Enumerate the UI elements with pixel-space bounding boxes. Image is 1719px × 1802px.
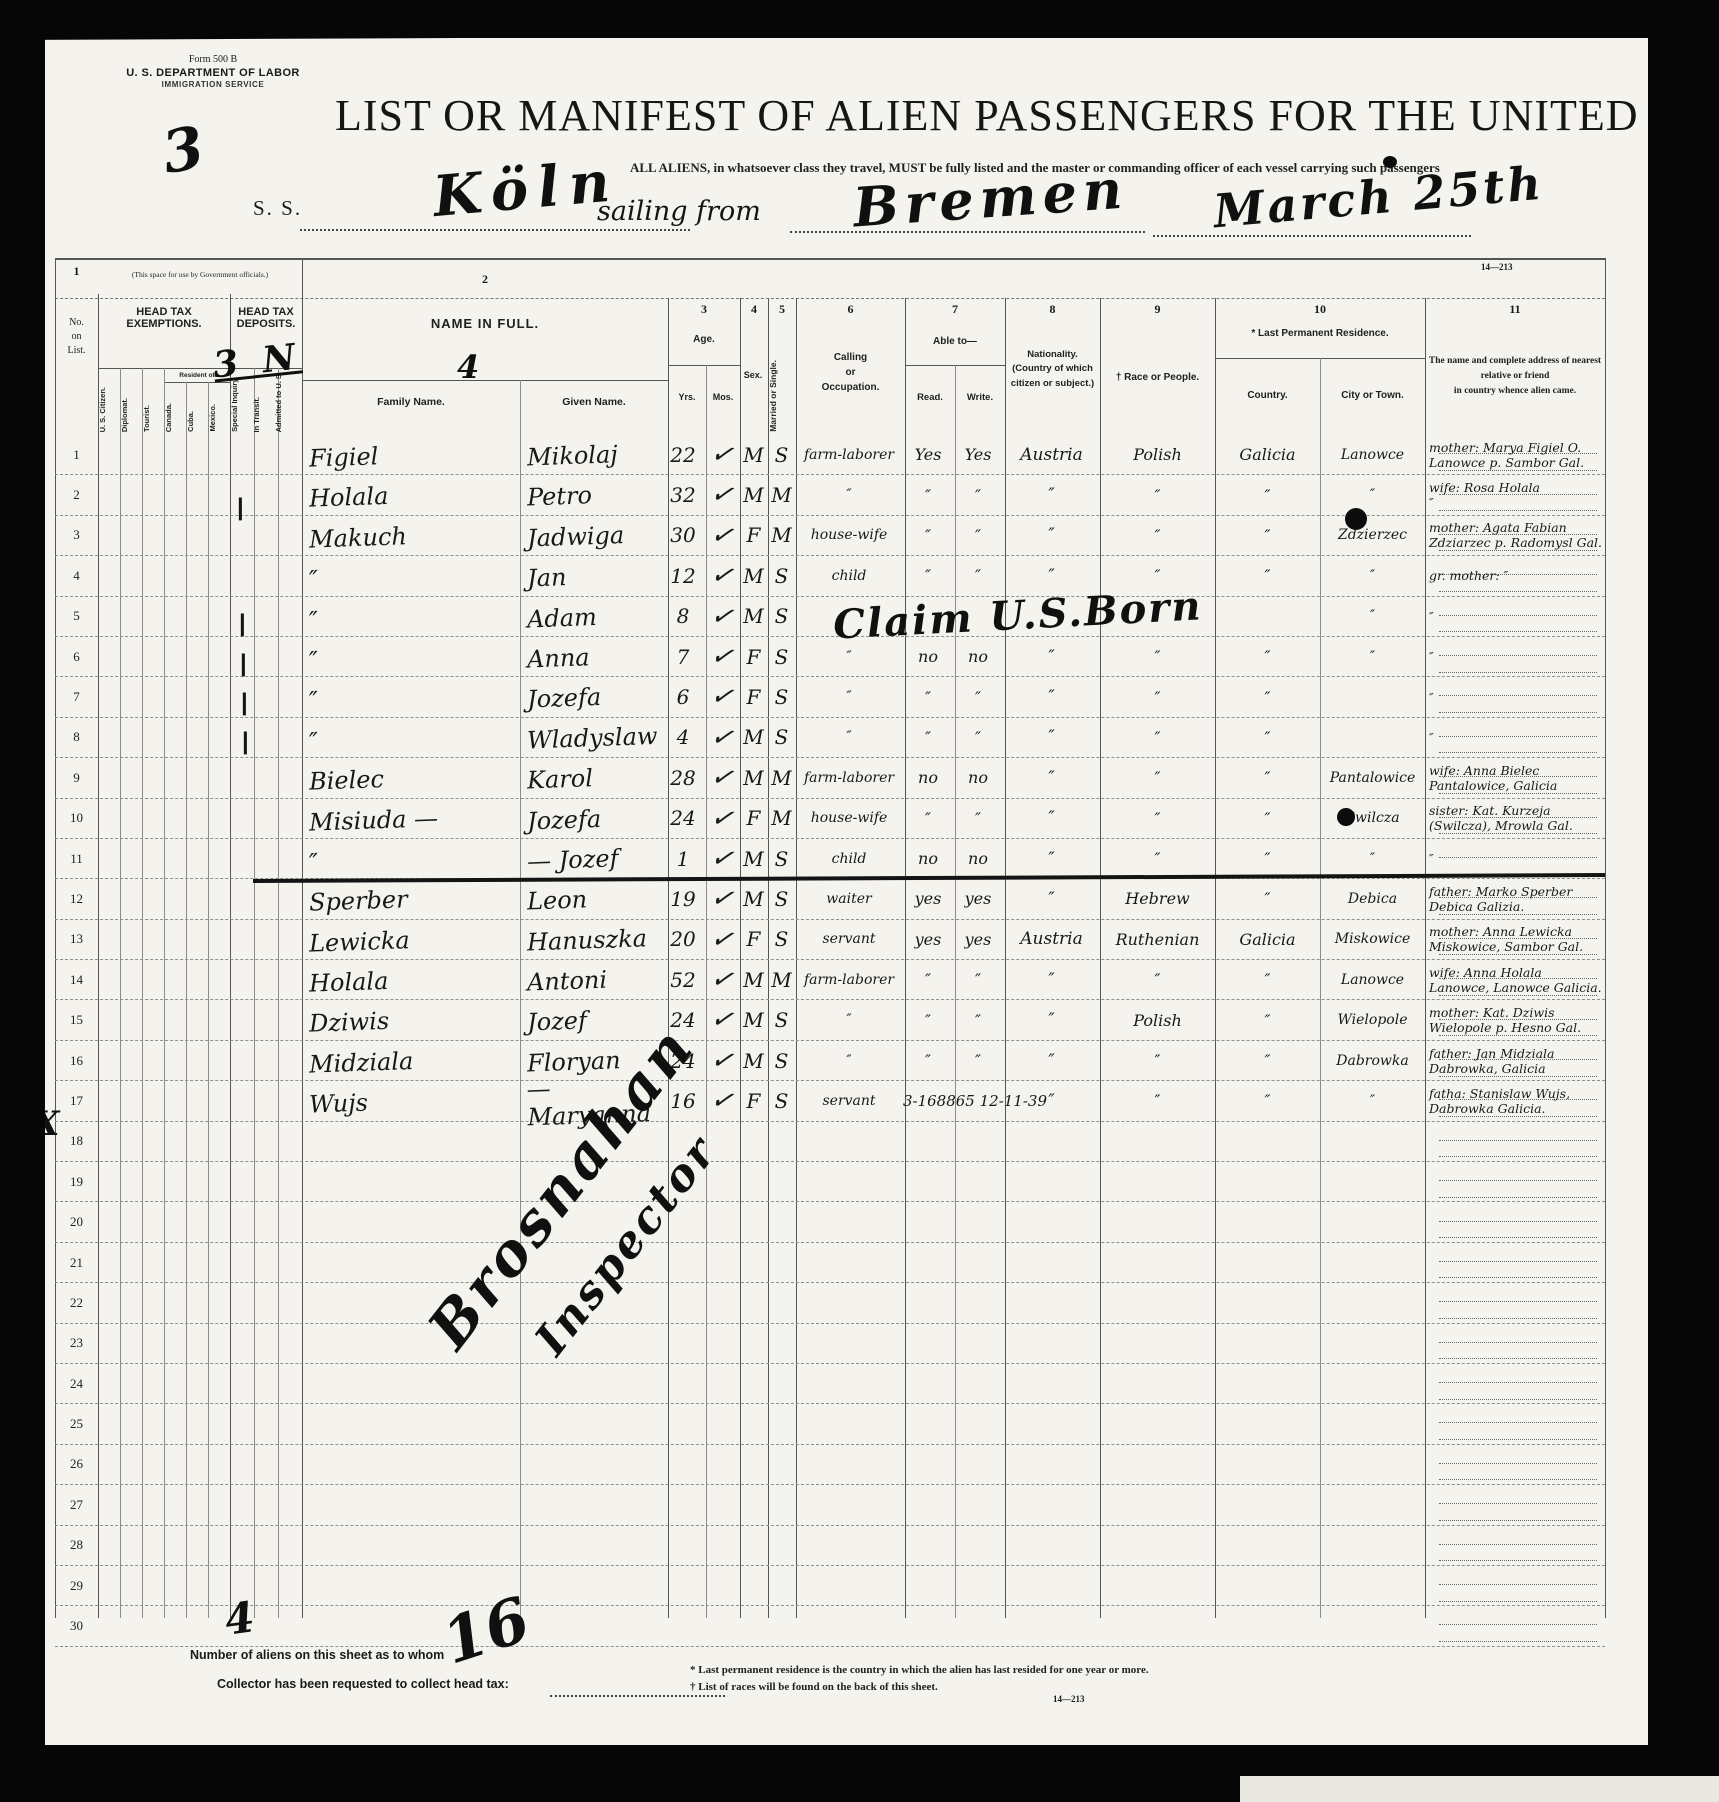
marital-status [767,1404,796,1443]
race-value [1100,1122,1215,1161]
residence-country [1215,1566,1320,1605]
residence-country: ″ [1215,799,1320,838]
check-mark: ✓ [700,917,744,962]
head-tax-deposits-label: HEAD TAX DEPOSITS. [230,306,302,330]
nearest-relative: mother: Marya Figiel O. Lanowce p. Sambo… [1429,435,1603,474]
tally-tick: | [237,494,244,522]
sex-value: F [739,516,768,555]
column-rule [1605,258,1606,1618]
check-mark: ✓ [700,755,744,800]
table-top-rule [55,258,1605,260]
nationality-value: ″ [1003,758,1100,797]
ship-name-line [300,228,690,231]
nationality-value [1003,1122,1100,1161]
residence-city [1320,1162,1425,1201]
residence-country: ″ [1215,718,1320,757]
family-name [308,1158,517,1205]
deposit-subcolumn-label: Admitted to U. S. [274,372,296,432]
sex-value: M [739,435,768,474]
family-name: Wujs [308,1078,517,1125]
given-name: Jozefa [526,675,667,719]
manifest-row: 22 [55,1283,1605,1323]
ss-label: S. S. [253,196,302,221]
given-name: Jadwiga [526,513,667,557]
nearest-relative [1429,1283,1603,1322]
residence-city [1320,1243,1425,1282]
column-number-3: 3 [668,302,740,317]
family-name-label: Family Name. [302,396,520,408]
check-mark: ✓ [700,876,744,921]
manifest-row: 14 Holala Antoni 52 ✓ M M farm-laborer ″… [55,960,1605,1000]
column-number-1: 1 [55,264,98,279]
marital-status [767,1445,796,1484]
family-name: Misiuda — [308,795,517,842]
row-number: 21 [55,1243,98,1282]
marital-status: S [767,839,796,878]
family-name: Midziala [308,1037,517,1084]
column-number-2: 2 [302,272,668,287]
residence-country: ″ [1215,1000,1320,1039]
sex-value: M [739,475,768,514]
nearest-relative: father: Marko Sperber Debica Galizia. [1429,879,1603,918]
sex-value: F [739,637,768,676]
given-name-label: Given Name. [520,396,668,408]
nearest-relative: ″ [1429,637,1603,676]
residence-city [1320,1606,1425,1645]
residence-city [1320,1364,1425,1403]
given-name [526,1483,667,1527]
manifest-row: 26 [55,1445,1605,1485]
residence-country [1215,1122,1320,1161]
marital-status: S [767,637,796,676]
residence-city: ″ [1320,556,1425,595]
sex-value: M [739,1000,768,1039]
row-number: 30 [55,1606,98,1645]
handwritten-ship-name: Köln [430,148,622,230]
row-number: 27 [55,1485,98,1524]
family-name [308,1522,517,1569]
age-years: 7 [661,637,705,676]
column-number-9: 9 [1100,302,1215,317]
marital-status [767,1566,796,1605]
manifest-row: 3 Makuch Jadwiga 30 ✓ F M house-wife ″ ″… [55,516,1605,556]
check-mark [700,1563,744,1608]
race-value: ″ [1100,799,1215,838]
footer-dotted-line [550,1694,725,1697]
nationality-value: ″ [1003,677,1100,716]
age-years [661,1283,705,1322]
service-name: IMMIGRATION SERVICE [113,80,313,90]
row-number: 4 [55,556,98,595]
age-years [661,1324,705,1363]
race-value [1100,1324,1215,1363]
residence-country [1215,1606,1320,1645]
residence-city: Pantalowice [1320,758,1425,797]
check-mark: ✓ [700,1038,744,1083]
nearest-relative: wife: Anna Holala Lanowce, Lanowce Galic… [1429,960,1603,999]
nationality-value [1003,1526,1100,1565]
manifest-row: 27 [55,1485,1605,1525]
race-value [1100,1404,1215,1443]
manifest-row: 10 Misiuda — Jozefa 24 ✓ F M house-wife … [55,799,1605,839]
residence-country [1215,1202,1320,1241]
sex-value: M [739,718,768,757]
nationality-value: ″ [1003,1081,1100,1120]
manifest-row: 12 Sperber Leon 19 ✓ M S waiter yes yes … [55,879,1605,919]
paper: Form 500 B U. S. DEPARTMENT OF LABOR IMM… [45,38,1650,1745]
age-years: 22 [661,435,705,474]
race-value [1100,1606,1215,1645]
age-years: 24 [661,799,705,838]
race-value [1100,1243,1215,1282]
nationality-value: ″ [1003,799,1100,838]
age-years: 12 [661,556,705,595]
nearest-relative [1429,1606,1603,1645]
race-label: † Race or People. [1100,372,1215,383]
given-name: Anna [526,635,667,679]
marital-status: M [767,960,796,999]
residence-city [1320,1445,1425,1484]
manifest-row: 2 Holala Petro 32 ✓ M M ″ ″ ″ ″ ″ ″ [55,475,1605,515]
row-number: 17 [55,1081,98,1120]
sex-value [739,1283,768,1322]
check-mark: ✓ [700,715,744,760]
race-value [1100,1485,1215,1524]
race-value: ″ [1100,1041,1215,1080]
residence-city [1320,1324,1425,1363]
residence-city [1320,1404,1425,1443]
marital-status: S [767,597,796,636]
header-rule [302,380,668,381]
row-number: 20 [55,1202,98,1241]
race-value: ″ [1100,1081,1215,1120]
row-number: 12 [55,879,98,918]
check-mark: ✓ [700,432,744,477]
manifest-row: 21 [55,1243,1605,1283]
city-or-town-label: City or Town. [1320,390,1425,401]
ink-blot [1383,156,1397,168]
marital-status [767,1485,796,1524]
manifest-table: 1 (This space for use by Government offi… [55,258,1605,1630]
marital-status [767,1202,796,1241]
manifest-row: 7 ″ Jozefa 6 ✓ F S ″ ″ ″ ″ ″ ″ [55,677,1605,717]
row-number: 29 [55,1566,98,1605]
family-name: Figiel [308,431,517,478]
residence-city [1320,1566,1425,1605]
given-name [526,1604,667,1648]
exemption-subcolumn-label: Cuba. [186,411,208,432]
sex-value: M [739,597,768,636]
race-value [1100,1202,1215,1241]
row-number: 28 [55,1526,98,1565]
row-number: 10 [55,799,98,838]
marital-status [767,1606,796,1645]
manifest-row: 13 Lewicka Hanuszka 20 ✓ F S servant yes… [55,920,1605,960]
nearest-relative: mother: Anna Lewicka Miskowice, Sambor G… [1429,920,1603,959]
race-value: Polish [1100,1000,1215,1039]
nearest-relative: ″ [1429,677,1603,716]
nationality-value: ″ [1003,1041,1100,1080]
check-mark: ✓ [700,1078,744,1123]
residence-city: Dabrowka [1320,1041,1425,1080]
family-name: Holala [308,472,517,519]
column-number-11: 11 [1425,302,1605,317]
residence-city [1320,1283,1425,1322]
residence-city [1320,718,1425,757]
family-name: ″ [308,714,517,761]
exemption-subcolumns: U. S. Citizen.Diplomat.Tourist.Canada.Cu… [98,370,230,432]
nearest-relative: ″ [1429,718,1603,757]
handwritten-page-number: 3 [157,113,209,187]
family-name [308,1118,517,1165]
check-mark: ✓ [700,796,744,841]
residence-city [1320,1485,1425,1524]
footnote-races: † List of races will be found on the bac… [690,1681,938,1693]
residence-city: ″ [1320,637,1425,676]
residence-country: ″ [1215,1041,1320,1080]
no-on-list-label: No. on List. [55,316,98,358]
manifest-row: 29 [55,1566,1605,1606]
column-number-5: 5 [768,302,796,317]
family-name: ″ [308,553,517,600]
footnote-residence: * Last permanent residence is the countr… [690,1664,1160,1676]
family-name: Holala [308,956,517,1003]
marital-status: M [767,475,796,514]
row-number: 23 [55,1324,98,1363]
sailing-from-label: sailing from [597,196,761,227]
nationality-value [1003,1364,1100,1403]
sex-value [739,1364,768,1403]
sex-value [739,1566,768,1605]
nearest-relative [1429,1404,1603,1443]
row-number: 1 [55,435,98,474]
residence-city: ″ [1320,1081,1425,1120]
age-years: 8 [661,597,705,636]
row-number: 14 [55,960,98,999]
nearest-relative: sister: Kat. Kurzeja (Swilcza), Mrowla G… [1429,799,1603,838]
residence-city: Wielopole [1320,1000,1425,1039]
nearest-relative [1429,1243,1603,1282]
marital-status: S [767,718,796,757]
residence-country [1215,1485,1320,1524]
row-number: 3 [55,516,98,555]
manifest-row: 30 [55,1606,1605,1646]
sex-value: M [739,758,768,797]
age-years: 4 [661,718,705,757]
residence-country [1215,1243,1320,1282]
column-number-6: 6 [796,302,905,317]
residence-country: ″ [1215,1081,1320,1120]
nearest-relative [1429,1162,1603,1201]
manifest-row: 24 [55,1364,1605,1404]
manifest-row: 6 ″ Anna 7 ✓ F S ″ no no ″ ″ ″ [55,637,1605,677]
family-name [308,1441,517,1488]
nationality-value [1003,1445,1100,1484]
nearest-relative [1429,1324,1603,1363]
race-value: Hebrew [1100,879,1215,918]
check-mark: ✓ [700,957,744,1002]
nearest-relative: ″ [1429,597,1603,636]
age-label: Age. [668,334,740,345]
residence-city: Debica [1320,879,1425,918]
manifest-row: 1 Figiel Mikolaj 22 ✓ M S farm-laborer Y… [55,435,1605,475]
sex-value [739,1324,768,1363]
page-title: LIST OR MANIFEST OF ALIEN PASSENGERS FOR… [335,90,1505,141]
marital-status: M [767,758,796,797]
race-value: ″ [1100,516,1215,555]
sex-value [739,1445,768,1484]
race-value: ″ [1100,677,1215,716]
write-label: Write. [955,392,1005,403]
row-number: 6 [55,637,98,676]
residence-city: Lanowce [1320,960,1425,999]
manifest-row: 19 [55,1162,1605,1202]
race-value: Ruthenian [1100,920,1215,959]
residence-country: ″ [1215,758,1320,797]
age-years [661,1445,705,1484]
given-name [526,1523,667,1567]
age-years [661,1404,705,1443]
residence-city: Zdzierzec [1320,516,1425,555]
residence-country [1215,1283,1320,1322]
nationality-value: Austria [1003,435,1100,474]
residence-city: ″ [1320,597,1425,636]
footer-line-1: Number of aliens on this sheet as to who… [190,1648,444,1662]
manifest-row: 16 Midziala Floryan 24 ✓ M S ″ ″ ″ ″ ″ ″ [55,1041,1605,1081]
nationality-value: ″ [1003,718,1100,757]
row-number: 9 [55,758,98,797]
nationality-value: ″ [1003,839,1100,878]
sex-value [739,1202,768,1241]
check-mark [700,1240,744,1285]
check-mark: ✓ [700,674,744,719]
row-number: 7 [55,677,98,716]
sex-value: M [739,879,768,918]
residence-country: ″ [1215,839,1320,878]
race-value: ″ [1100,758,1215,797]
nationality-value: ″ [1003,637,1100,676]
manifest-row: 20 [55,1202,1605,1242]
form-ref-bottom: 14—213 [1053,1694,1085,1704]
race-value: ″ [1100,839,1215,878]
married-or-single-label: Married or Single. [768,360,796,432]
nationality-value [1003,1566,1100,1605]
family-name: ″ [308,633,517,680]
nationality-value: ″ [1003,475,1100,514]
family-name: ″ [308,674,517,721]
nearest-relative: wife: Anna Bielec Pantalowice, Galicia [1429,758,1603,797]
yrs-label: Yrs. [668,392,706,402]
nearest-relative [1429,1445,1603,1484]
age-years [661,1364,705,1403]
name-column-handwritten-mark: 4 [457,348,479,386]
family-name: ″ [308,593,517,640]
given-name: Jan [526,554,667,598]
nearest-relative: mother: Agata Fabian Zdziarzec p. Radomy… [1429,516,1603,555]
sex-value [739,1485,768,1524]
header-rule [55,298,1605,299]
form-number: Form 500 B [113,54,313,67]
form-identifier: Form 500 B U. S. DEPARTMENT OF LABOR IMM… [113,54,313,90]
marital-status: S [767,677,796,716]
given-name: Jozefa [526,796,667,840]
check-mark [700,1442,744,1487]
age-years [661,1606,705,1645]
manifest-row: 15 Dziwis Jozef 24 ✓ M S ″ ″ ″ ″ Polish … [55,1000,1605,1040]
row-number: 11 [55,839,98,878]
nearest-relative [1429,1566,1603,1605]
manifest-row: 28 [55,1526,1605,1566]
residence-country [1215,1162,1320,1201]
row-number: 13 [55,920,98,959]
age-years [661,1485,705,1524]
race-value: ″ [1100,960,1215,999]
residence-city [1320,1202,1425,1241]
family-name [308,1482,517,1529]
nationality-value: ″ [1003,516,1100,555]
residence-city [1320,1122,1425,1161]
check-mark [700,1482,744,1527]
row-number: 25 [55,1404,98,1443]
race-value [1100,1283,1215,1322]
race-value: ″ [1100,475,1215,514]
deposit-subcolumn-label: Special Inquiry. [230,377,252,432]
residence-country: ″ [1215,879,1320,918]
age-years: 28 [661,758,705,797]
family-name: Makuch [308,512,517,559]
row-number: 26 [55,1445,98,1484]
exemption-subcolumn-label: Mexico. [208,404,230,432]
residence-country: ″ [1215,677,1320,716]
nationality-value: ″ [1003,960,1100,999]
sex-value: M [739,1041,768,1080]
row-number: 22 [55,1283,98,1322]
tally-tick: | [242,728,249,756]
residence-city: Swilcza [1320,799,1425,838]
nationality-value [1003,1243,1100,1282]
manifest-row: 5 ″ Adam 8 ✓ M S ″ ″ [55,597,1605,637]
residence-city: Miskowice [1320,920,1425,959]
nearest-relative [1429,1202,1603,1241]
family-name [308,1401,517,1448]
family-name [308,1360,517,1407]
nearest-relative: mother: Kat. Dziwis Wielopole p. Hesno G… [1429,1000,1603,1039]
family-name: ″ [308,835,517,882]
residence-country [1215,1445,1320,1484]
sex-value [739,1526,768,1565]
row-number: 8 [55,718,98,757]
nearest-relative [1429,1485,1603,1524]
nearest-relative: wife: Rosa Holala ″ [1429,475,1603,514]
exemption-subcolumn-label: U. S. Citizen. [98,387,120,432]
given-name [526,1402,667,1446]
check-mark: ✓ [700,634,744,679]
given-name: Mikolaj [526,433,667,477]
residence-city: ″ [1320,475,1425,514]
check-mark: ✓ [700,836,744,881]
age-years: 6 [661,677,705,716]
row-number: 2 [55,475,98,514]
sex-value: F [739,799,768,838]
age-years: 19 [661,879,705,918]
column-number-8: 8 [1005,302,1100,317]
country-label: Country. [1215,390,1320,401]
exemption-subcolumn-label: Canada. [164,403,186,432]
residence-country: ″ [1215,475,1320,514]
race-value [1100,1162,1215,1201]
marital-status: S [767,1041,796,1080]
tally-tick: | [240,650,247,678]
